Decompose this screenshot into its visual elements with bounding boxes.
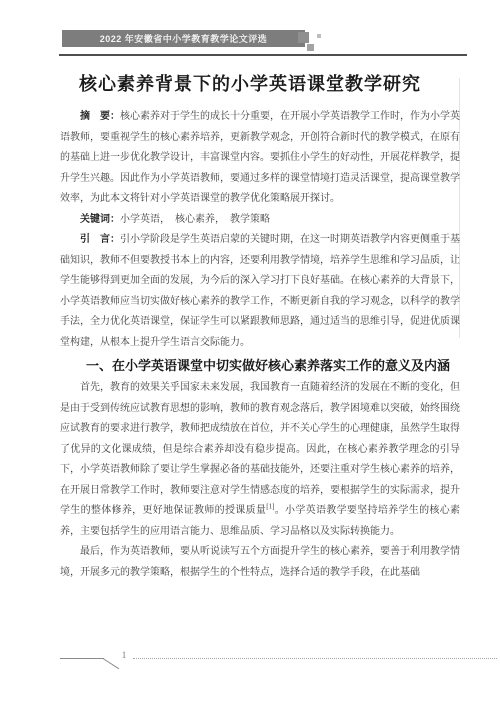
decorative-square-small (317, 34, 321, 38)
paper-title: 核心素养背景下的小学英语课堂教学研究 (0, 70, 500, 96)
abstract-label: 摘 要： (80, 111, 120, 122)
header-banner: 2022 年安徽省中小学教育教学论文评选 (62, 30, 305, 47)
body-paragraph-1-text: 首先，教育的效果关乎国家未来发展，我国教育一直随着经济的发展在不断的变化，但是由… (60, 382, 460, 516)
footer-dotted-line (133, 658, 497, 659)
introduction-text: 引小学阶段是学生英语启蒙的关键时期，在这一时期英语教学内容更侧重于基础知识，教师… (60, 234, 460, 348)
decorative-square-medium (307, 44, 314, 51)
header-banner-text: 2022 年安徽省中小学教育教学论文评选 (100, 32, 268, 45)
keywords-label: 关键词： (80, 214, 120, 225)
section-1-heading: 一、在小学英语课堂中切实做好核心素养落实工作的意义及内涵 (60, 353, 460, 378)
keywords-line: 关键词：小学英语， 核心素养， 教学策略 (60, 210, 460, 231)
introduction-paragraph: 引 言：引小学阶段是学生英语启蒙的关键时期，在这一时期英语教学内容更侧重于基础知… (60, 230, 460, 353)
body-paragraph-2: 最后，作为英语教师，要从听说读写五个方面提升学生的核心素养，要善于利用教学情境，… (60, 542, 460, 583)
keywords-text: 小学英语， 核心素养， 教学策略 (120, 214, 270, 225)
abstract-paragraph: 摘 要：核心素养对于学生的成长十分重要，在开展小学英语教学工作时，作为小学英语教… (60, 107, 460, 210)
paper-body: 摘 要：核心素养对于学生的成长十分重要，在开展小学英语教学工作时，作为小学英语教… (60, 107, 460, 583)
page-number: 1 (117, 650, 131, 660)
header-rule (59, 54, 467, 56)
introduction-label: 引 言： (80, 234, 120, 245)
body-paragraph-1: 首先，教育的效果关乎国家未来发展，我国教育一直随着经济的发展在不断的变化，但是由… (60, 378, 460, 542)
decorative-square-large (298, 32, 309, 43)
abstract-text: 核心素养对于学生的成长十分重要，在开展小学英语教学工作时，作为小学英语教师，要重… (60, 111, 460, 204)
footer-solid-line (60, 658, 104, 659)
paper-page: 2022 年安徽省中小学教育教学论文评选 核心素养背景下的小学英语课堂教学研究 … (0, 0, 500, 707)
